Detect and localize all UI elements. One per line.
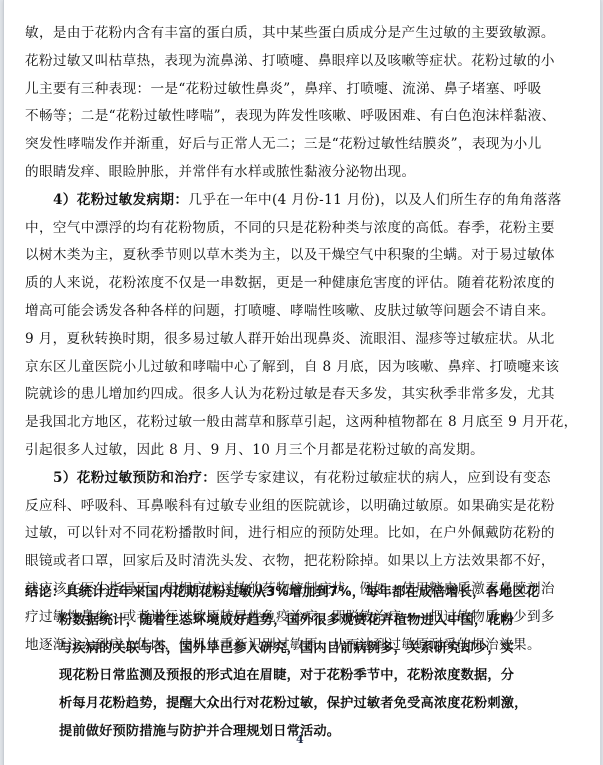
text-line: 以树木类为主，夏秋季节则以草木类为主，以及干燥空气中积聚的尘螨。对于易过敏体 xyxy=(25,242,536,270)
conclusion-block: 结论：具统计近年来国内花期花粉过敏从3%增加到7%，每年都在成倍增长，各地区花 … xyxy=(25,579,545,746)
conclusion-line: 析每月花粉趋势，提醒大众出行对花粉过敏，保护过敏者免受高浓度花粉刺激， xyxy=(25,690,545,718)
conclusion-line: 与疾病的关联与否，国外早已参入研究，国内目前病例多，关系研究却少，实 xyxy=(25,635,545,663)
conclusion-line: 粉数据统计，随着生态环境成好趋势，国外很多观赏花卉植物进入中国，花粉 xyxy=(25,607,545,635)
section-5-heading: 5）花粉过敏预防和治疗： xyxy=(53,470,216,486)
section-5-first-line: 5）花粉过敏预防和治疗：医学专家建议，有花粉过敏症状的病人，应到设有变态 xyxy=(25,465,536,493)
conclusion-text: 具统计近年来国内花期花粉过敏从3%增加到7%，每年都在成倍增长，各地区花 xyxy=(65,585,539,600)
text-line: 突发性哮喘发作并渐重，好后与正常人无二；三是“花粉过敏性结膜炎”，表现为小儿 xyxy=(25,131,536,159)
conclusion-line: 现花粉日常监测及预报的形式迫在眉睫，对于花粉季节中，花粉浓度数据，分 xyxy=(25,662,545,690)
text-line: 反应科、呼吸科、耳鼻喉科有过敏专业组的医院就诊，以明确过敏原。如果确实是花粉 xyxy=(25,493,536,521)
document-body: 敏，是由于花粉内含有丰富的蛋白质，其中某些蛋白质成分是产生过敏的主要致敏源。 花… xyxy=(25,20,536,659)
text-line: 是我国北方地区，花粉过敏一般由蒿草和豚草引起，这两种植物都在 8 月底至 9 月… xyxy=(25,409,536,437)
text-line: 的眼睛发痒、眼睑肿胀，并常伴有水样或脓性黏液分泌物出现。 xyxy=(25,159,536,187)
text-line: 院就诊的患儿增加约四成。很多人认为花粉过敏是春天多发，其实秋季非常多发，尤其 xyxy=(25,381,536,409)
text-line: 增高可能会诱发各种各样的问题，打喷嚏、哮喘性咳嗽、皮肤过敏等问题会不请自来。 xyxy=(25,298,536,326)
section-4-text: 几乎在一年中(4 月份-11 月份)，以及人们所生存的角角落落 xyxy=(188,192,561,208)
document-page: 敏，是由于花粉内含有丰富的蛋白质，其中某些蛋白质成分是产生过敏的主要致敏源。 花… xyxy=(3,0,601,765)
text-line: 质的人来说，花粉浓度不仅是一串数据，更是一种健康危害度的评估。随着花粉浓度的 xyxy=(25,270,536,298)
text-line: 花粉过敏又叫枯草热，表现为流鼻涕、打喷嚏、鼻眼痒以及咳嗽等症状。花粉过敏的小 xyxy=(25,48,536,76)
text-line: 9 月，夏秋转换时期，很多易过敏人群开始出现鼻炎、流眼泪、湿疹等过敏症状。从北 xyxy=(25,326,536,354)
conclusion-label: 结论： xyxy=(25,585,65,600)
text-line: 过敏，可以针对不同花粉播散时间，进行相应的预防处理。比如，在户外佩戴防花粉的 xyxy=(25,520,536,548)
section-5-text: 医学专家建议，有花粉过敏症状的病人，应到设有变态 xyxy=(216,470,551,486)
conclusion-first-line: 结论：具统计近年来国内花期花粉过敏从3%增加到7%，每年都在成倍增长，各地区花 xyxy=(25,579,545,607)
text-line: 敏，是由于花粉内含有丰富的蛋白质，其中某些蛋白质成分是产生过敏的主要致敏源。 xyxy=(25,20,536,48)
text-line: 中，空气中漂浮的均有花粉物质，不同的只是花粉种类与浓度的高低。春季，花粉主要 xyxy=(25,215,536,243)
page-number: 4 xyxy=(296,733,304,746)
conclusion-line: 提前做好预防措施与防护并合理规划日常活动。 xyxy=(25,718,545,746)
text-line: 眼镜或者口罩，回家后及时清洗头发、衣物，把花粉除掉。如果以上方法效果都不好， xyxy=(25,548,536,576)
section-4-heading: 4）花粉过敏发病期： xyxy=(53,192,188,208)
text-line: 儿主要有三种表现：一是“花粉过敏性鼻炎”，鼻痒、打喷嚏、流涕、鼻子堵塞、呼吸 xyxy=(25,76,536,104)
section-4-first-line: 4）花粉过敏发病期：几乎在一年中(4 月份-11 月份)，以及人们所生存的角角落… xyxy=(25,187,536,215)
text-line: 不畅等；二是“花粉过敏性哮喘”，表现为阵发性咳嗽、呼吸困难、有白色泡沫样黏液、 xyxy=(25,103,536,131)
text-line: 京东区儿童医院小儿过敏和哮喘中心了解到，自 8 月底，因为咳嗽、鼻痒、打喷嚏来该 xyxy=(25,354,536,382)
text-line: 引起很多人过敏，因此 8 月、9 月、10 月三个月都是花粉过敏的高发期。 xyxy=(25,437,536,465)
